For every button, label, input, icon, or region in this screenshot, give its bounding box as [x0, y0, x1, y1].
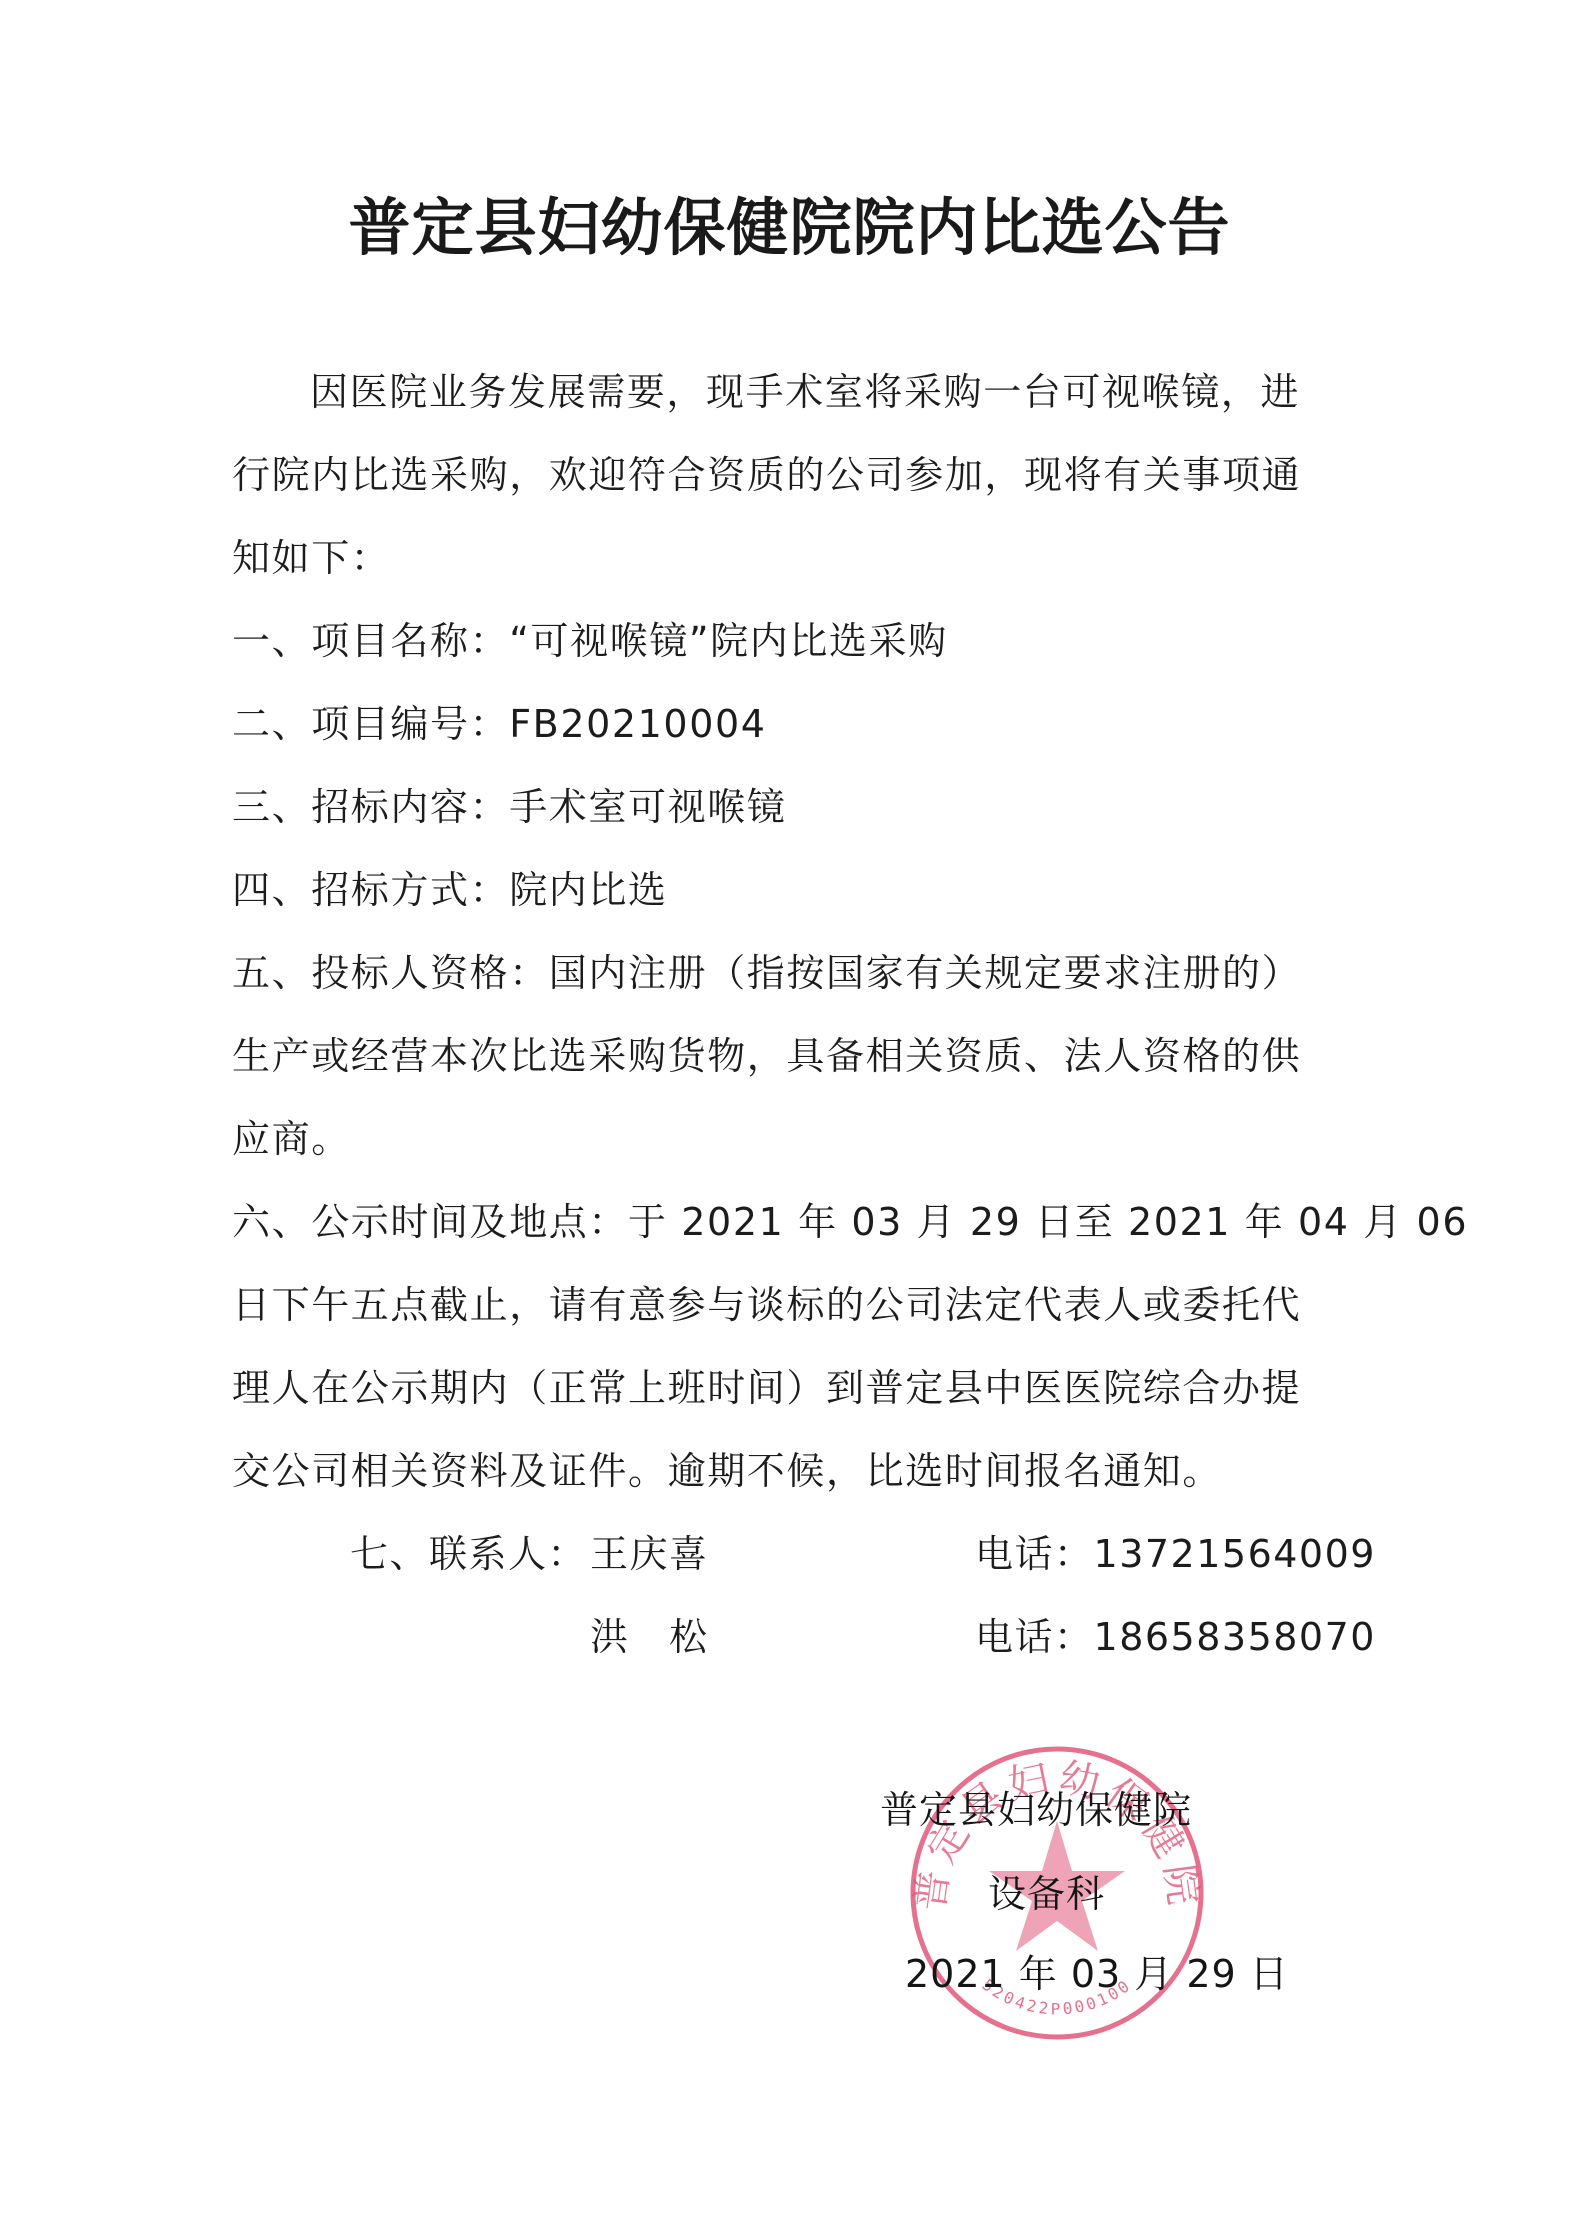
- phone-number: 18658358070: [1094, 1615, 1376, 1659]
- announcement-line-1: 六、公示时间及地点：于 2021 年 03 月 29 日至 2021 年 04 …: [232, 1198, 1468, 1246]
- item-label: 一、项目名称：: [232, 619, 509, 663]
- announcement-line-2: 日下午五点截止，请有意参与谈标的公司法定代表人或委托代: [232, 1281, 1301, 1329]
- document-page: 普定县妇幼保健院院内比选公告 因医院业务发展需要，现手术室将采购一台可视喉镜，进…: [0, 0, 1579, 2232]
- item-project-name: 一、项目名称：“可视喉镜”院内比选采购: [232, 617, 948, 665]
- item-project-number: 二、项目编号：FB20210004: [232, 700, 767, 748]
- qualification-line-3: 应商。: [232, 1115, 351, 1163]
- intro-line-1: 因医院业务发展需要，现手术室将采购一台可视喉镜，进: [310, 368, 1300, 416]
- phone-number: 13721564009: [1094, 1532, 1376, 1576]
- contact-phone-2: 电话：18658358070: [975, 1613, 1376, 1661]
- item-tender-method: 四、招标方式：院内比选: [232, 866, 668, 914]
- item-tender-content: 三、招标内容：手术室可视喉镜: [232, 783, 786, 831]
- item-value: “可视喉镜”院内比选采购: [509, 619, 948, 663]
- phone-label: 电话：: [975, 1615, 1094, 1659]
- signature-department: 设备科: [988, 1870, 1105, 1918]
- contact-phone-1: 电话：13721564009: [975, 1530, 1376, 1578]
- item-label: 二、项目编号：: [232, 702, 509, 746]
- item-value: 手术室可视喉镜: [509, 785, 786, 829]
- signature-date: 2021 年 03 月 29 日: [905, 1950, 1289, 1998]
- item-label: 四、招标方式：: [232, 868, 509, 912]
- intro-line-3: 知如下：: [232, 534, 390, 582]
- contacts-label: 七、联系人：: [350, 1530, 587, 1578]
- item-value: FB20210004: [509, 702, 766, 746]
- contact-name-2: 洪 松: [590, 1613, 709, 1661]
- intro-line-2: 行院内比选采购，欢迎符合资质的公司参加，现将有关事项通: [232, 451, 1301, 499]
- qualification-line-2: 生产或经营本次比选采购货物，具备相关资质、法人资格的供: [232, 1032, 1301, 1080]
- announcement-line-3: 理人在公示期内（正常上班时间）到普定县中医医院综合办提: [232, 1364, 1301, 1412]
- document-title: 普定县妇幼保健院院内比选公告: [0, 192, 1579, 264]
- contact-name-1: 王庆喜: [590, 1530, 709, 1578]
- item-label: 三、招标内容：: [232, 785, 509, 829]
- item-value: 院内比选: [509, 868, 667, 912]
- announcement-line-4: 交公司相关资料及证件。逾期不候，比选时间报名通知。: [232, 1447, 1222, 1495]
- phone-label: 电话：: [975, 1532, 1094, 1576]
- signature-organization: 普定县妇幼保健院: [880, 1786, 1192, 1834]
- qualification-line-1: 五、投标人资格：国内注册（指按国家有关规定要求注册的）: [232, 949, 1301, 997]
